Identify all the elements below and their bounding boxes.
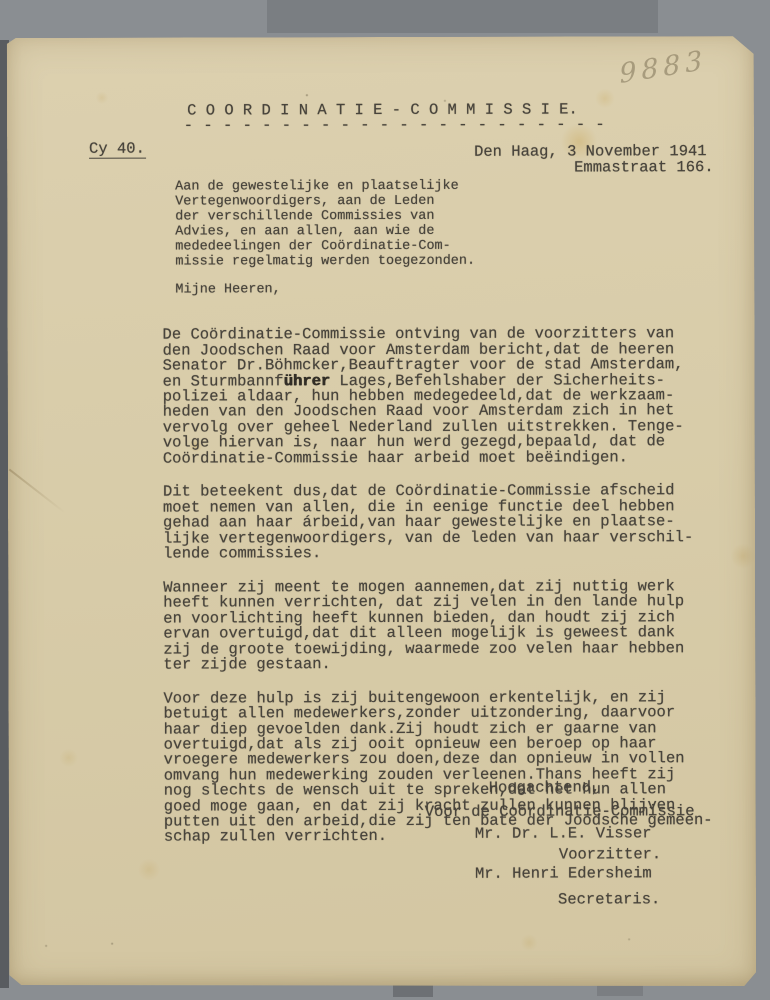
signatory-2-role: Secretaris. [558, 892, 660, 908]
paper-crease [9, 469, 66, 514]
recipient-block: Aan de gewestelijke en plaatselijke Vert… [175, 180, 475, 270]
paragraph-2: Dit beteekent dus,dat de Coördinatie-Com… [163, 484, 733, 563]
valediction: Hoogachtend, [489, 780, 601, 796]
archive-number-handwritten: 9883 [619, 41, 729, 90]
signatory-1-role: Voorzitter. [559, 847, 661, 863]
paragraph-1: De Coördinatie-Commissie ontving van de … [163, 326, 733, 466]
signatory-1-name: Mr. Dr. L.E. Visser [475, 826, 652, 842]
signatory-2-name: Mr. Henri Edersheim [475, 866, 652, 882]
letter-page: 9883 C O O R D I N A T I E - C O M M I S… [7, 36, 756, 988]
title-underline-dashes: - - - - - - - - - - - - - - - - - - - - … [7, 117, 768, 134]
reference-number-text: Cy 40. [89, 140, 146, 159]
salutation: Mijne Heeren, [175, 282, 280, 298]
street-address-line: Emmastraat 166. [574, 160, 714, 176]
letter-body: De Coördinatie-Commissie ontving van de … [162, 311, 733, 864]
paragraph-3: Wanneer zij meent te mogen aannemen,dat … [163, 579, 733, 673]
reference-number: Cy 40. [89, 142, 146, 158]
backing-tab [597, 985, 643, 996]
scanner-backing-band [267, 0, 658, 33]
paragraph-4: Voor deze hulp is zij buitengewoon erken… [163, 690, 733, 846]
closing-organization: Voor de Coördinatie-Commissie [425, 804, 695, 820]
